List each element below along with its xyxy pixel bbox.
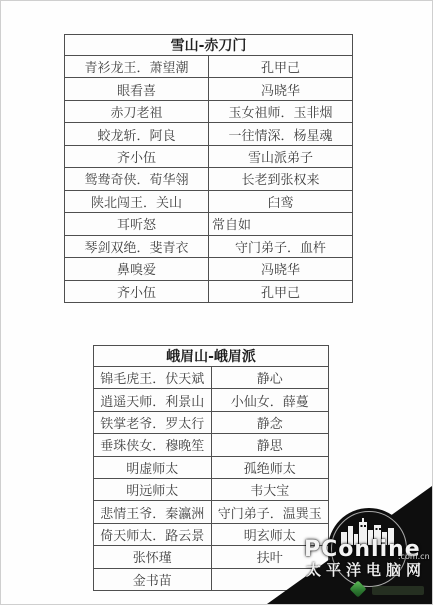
table-row: 齐小伍雪山派弟子 [65,145,353,167]
table-cell: 鸳鸯奇侠．荀华翎 [65,168,209,190]
table-cell: 赤刀老祖 [65,100,209,122]
table-cell: 常自如 [209,213,353,235]
table-cell: 张怀瑾 [94,546,212,568]
table-cell: 守门弟子．温巽玉 [211,501,329,523]
pconline-domain-text: .com.cn [398,552,430,561]
table-cell: 铁掌老爷．罗太行 [94,411,212,433]
table-cell: 青衫龙王．萧望潮 [65,56,209,78]
table-cell: 静心 [211,367,329,389]
watermark-faint-label [372,586,424,595]
table-cell: 冯晓华 [209,78,353,100]
table-cell: 陕北闯王．关山 [65,190,209,212]
table-cell: 明玄师太 [211,523,329,545]
table-cell: 眼看喜 [65,78,209,100]
table-cell: 鼻嗅爱 [65,258,209,280]
table-cell: 守门弟子．血杵 [209,235,353,257]
table-row: 金书苗 [94,568,329,590]
table-row: 悲情王爷．秦瀛洲守门弟子．温巽玉 [94,501,329,523]
table-cell: 长老到张权来 [209,168,353,190]
table-row: 张怀瑾扶叶 [94,546,329,568]
table-cell: 孔甲己 [209,56,353,78]
roster-table-1: 雪山-赤刀门青衫龙王．萧望潮孔甲己眼看喜冯晓华赤刀老祖玉女祖师．玉非烟蛟龙斩．阿… [64,34,353,303]
table-cell: 逍遥天师．利景山 [94,389,212,411]
table-title: 雪山-赤刀门 [65,35,353,56]
table-row: 眼看喜冯晓华 [65,78,353,100]
table-cell: 琴剑双绝．斐青衣 [65,235,209,257]
table-row: 耳听怒常自如 [65,213,353,235]
table-row: 齐小伍孔甲己 [65,280,353,302]
table-row: 青衫龙王．萧望潮孔甲己 [65,56,353,78]
table-row: 蛟龙斩．阿良一往情深．杨星魂 [65,123,353,145]
table-cell: 锦毛虎王．伏天斌 [94,367,212,389]
table-cell: 静思 [211,434,329,456]
table-cell: 孤绝师太 [211,456,329,478]
table-cell: 耳听怒 [65,213,209,235]
table-cell: 齐小伍 [65,280,209,302]
table-cell: 冯晓华 [209,258,353,280]
table-header-row: 雪山-赤刀门 [65,35,353,56]
table-cell: 雪山派弟子 [209,145,353,167]
table-title: 峨眉山-峨眉派 [94,346,329,367]
table-cell: 小仙女．薛蔓 [211,389,329,411]
table-row: 明远师太韦大宝 [94,478,329,500]
table-cell: 一往情深．杨星魂 [209,123,353,145]
table-cell: 臼鸾 [209,190,353,212]
table-row: 琴剑双绝．斐青衣守门弟子．血杵 [65,235,353,257]
table-row: 鼻嗅爱冯晓华 [65,258,353,280]
table-cell: 明远师太 [94,478,212,500]
pconline-logo-icon [328,508,410,590]
table-cell: 韦大宝 [211,478,329,500]
table-cell: 孔甲己 [209,280,353,302]
table-header-row: 峨眉山-峨眉派 [94,346,329,367]
table-cell: 明虚师太 [94,456,212,478]
table-row: 赤刀老祖玉女祖师．玉非烟 [65,100,353,122]
table-cell: 静念 [211,411,329,433]
table-cell: 金书苗 [94,568,212,590]
table-cell: 玉女祖师．玉非烟 [209,100,353,122]
table-cell: 悲情王爷．秦瀛洲 [94,501,212,523]
table-row: 铁掌老爷．罗太行静念 [94,411,329,433]
table-cell: 齐小伍 [65,145,209,167]
table-cell: 倚天师太．路云景 [94,523,212,545]
table-cell: 蛟龙斩．阿良 [65,123,209,145]
table-row: 锦毛虎王．伏天斌静心 [94,367,329,389]
green-diamond-icon [350,581,367,598]
table-row: 逍遥天师．利景山小仙女．薛蔓 [94,389,329,411]
city-skyline-icon [339,517,399,545]
table-row: 鸳鸯奇侠．荀华翎长老到张权来 [65,168,353,190]
table-row: 陕北闯王．关山臼鸾 [65,190,353,212]
table-cell: 扶叶 [211,546,329,568]
roster-table-2: 峨眉山-峨眉派锦毛虎王．伏天斌静心逍遥天师．利景山小仙女．薛蔓铁掌老爷．罗太行静… [93,345,329,591]
page: 雪山-赤刀门青衫龙王．萧望潮孔甲己眼看喜冯晓华赤刀老祖玉女祖师．玉非烟蛟龙斩．阿… [0,0,433,605]
table-row: 倚天师太．路云景明玄师太 [94,523,329,545]
table-cell [211,568,329,590]
table-row: 垂珠侠女．穆晚笙静思 [94,434,329,456]
table-cell: 垂珠侠女．穆晚笙 [94,434,212,456]
table-row: 明虚师太孤绝师太 [94,456,329,478]
